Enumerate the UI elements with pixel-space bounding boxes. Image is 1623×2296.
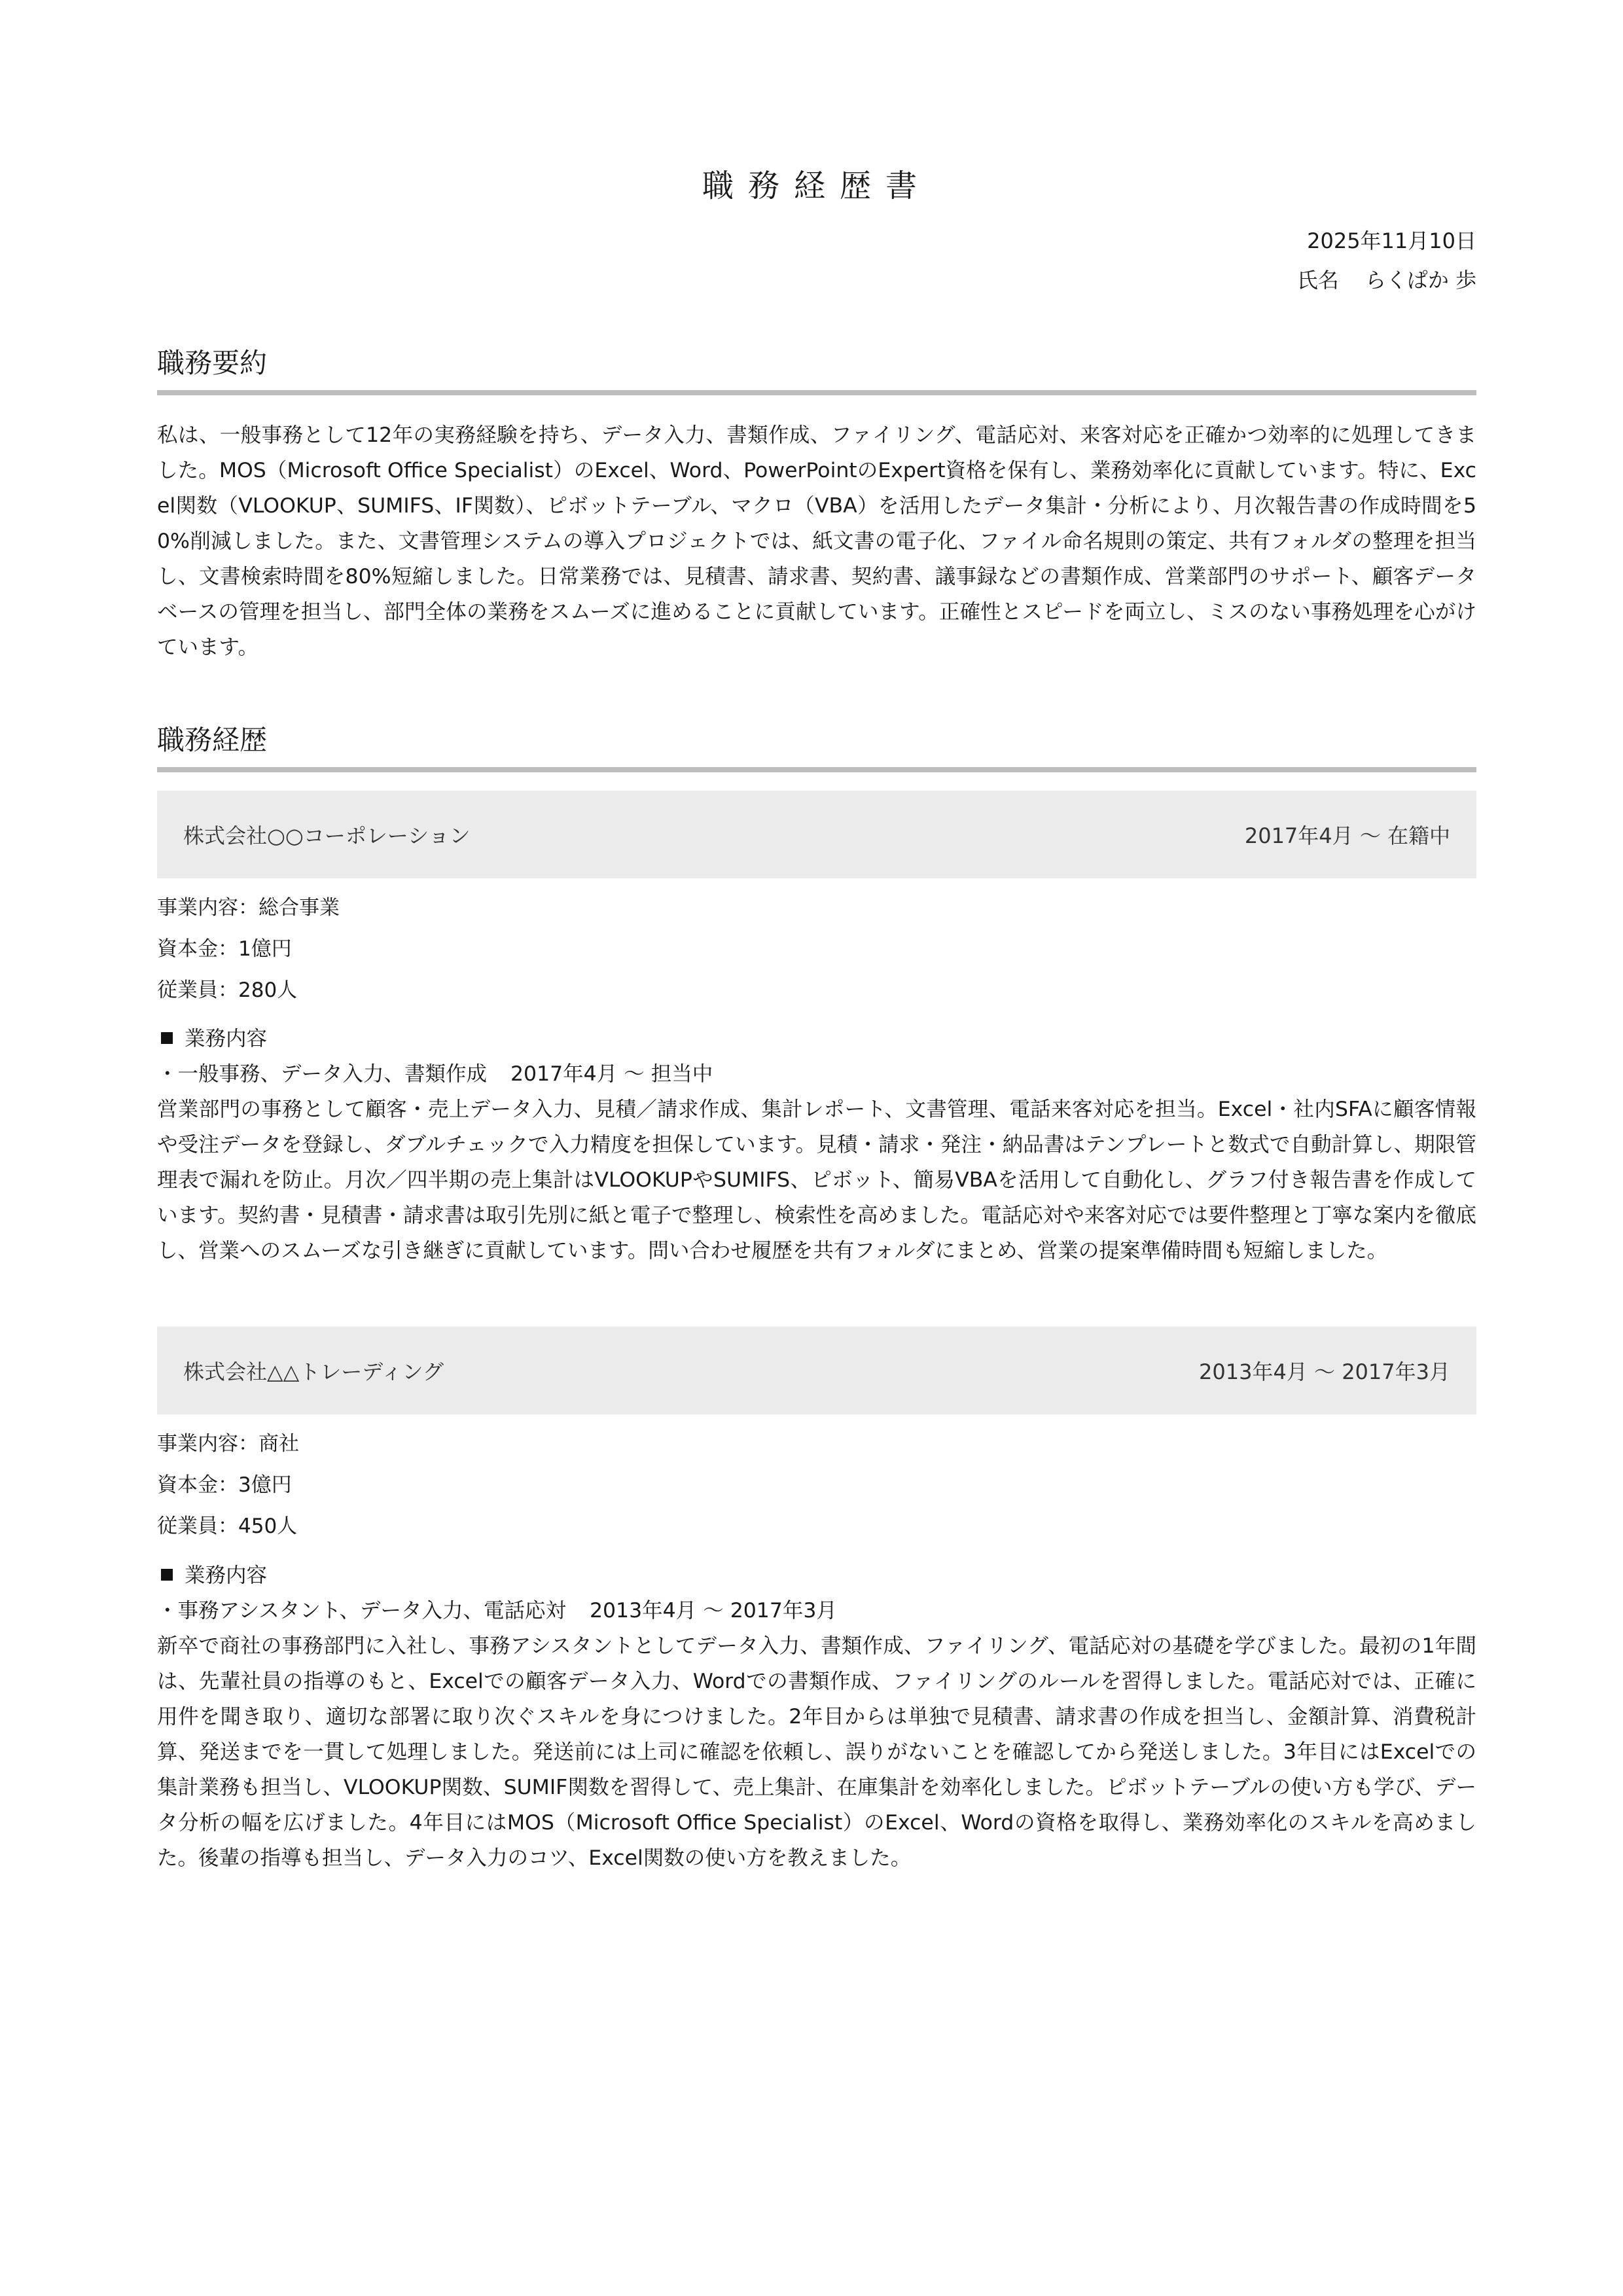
company-header: 株式会社△△トレーディング 2013年4月 〜 2017年3月 [157,1327,1476,1414]
company-capital: 資本金：1億円 [157,929,340,970]
company-business: 事業内容：商社 [157,1424,299,1465]
section-summary-heading: 職務要約 [157,342,1476,395]
company-business: 事業内容：総合事業 [157,888,340,929]
duties-heading-label: 業務内容 [185,1027,267,1050]
company-period: 2013年4月 〜 2017年3月 [1199,1355,1450,1386]
section-divider [157,390,1476,395]
black-square-icon [161,1032,173,1044]
section-history-heading: 職務経歴 [157,719,1476,772]
duties-block: 業務内容 ・一般事務、データ入力、書類作成2017年4月 〜 担当中 営業部門の… [157,1021,1476,1268]
name-label: 氏名 [1297,260,1339,300]
section-title: 職務経歴 [157,719,1476,767]
role-line: ・一般事務、データ入力、書類作成2017年4月 〜 担当中 [157,1056,1476,1092]
company-name: 株式会社△△トレーディング [183,1355,444,1386]
role-title: ・一般事務、データ入力、書類作成 [157,1062,487,1086]
company-employees: 従業員：450人 [157,1506,299,1547]
role-description: 新卒で商社の事務部門に入社し、事務アシスタントとしてデータ入力、書類作成、ファイ… [157,1628,1476,1876]
section-divider [157,767,1476,772]
role-line: ・事務アシスタント、データ入力、電話応対2013年4月 〜 2017年3月 [157,1593,1476,1628]
duties-heading: 業務内容 [157,1558,1476,1593]
company-facts: 事業内容：総合事業 資本金：1億円 従業員：280人 [157,888,340,1011]
company-capital: 資本金：3億円 [157,1465,299,1506]
role-title: ・事務アシスタント、データ入力、電話応対 [157,1599,566,1623]
duties-heading: 業務内容 [157,1021,1476,1056]
document-date: 2025年11月10日 [1297,221,1476,260]
company-name: 株式会社○○コーポレーション [183,819,471,850]
duties-block: 業務内容 ・事務アシスタント、データ入力、電話応対2013年4月 〜 2017年… [157,1558,1476,1876]
black-square-icon [161,1569,173,1581]
company-period: 2017年4月 〜 在籍中 [1245,819,1450,850]
duties-heading-label: 業務内容 [185,1564,267,1587]
applicant-name: らくぱか 歩 [1365,260,1476,300]
company-header: 株式会社○○コーポレーション 2017年4月 〜 在籍中 [157,791,1476,878]
document-title: 職務経歴書 [157,160,1476,206]
document-meta: 2025年11月10日 氏名らくぱか 歩 [1297,221,1476,300]
summary-paragraph: 私は、一般事務として12年の実務経験を持ち、データ入力、書類作成、ファイリング、… [157,418,1476,665]
company-employees: 従業員：280人 [157,970,340,1011]
role-period: 2017年4月 〜 担当中 [510,1062,713,1086]
role-description: 営業部門の事務として顧客・売上データ入力、見積／請求作成、集計レポート、文書管理… [157,1092,1476,1268]
section-title: 職務要約 [157,342,1476,390]
role-period: 2013年4月 〜 2017年3月 [590,1599,837,1623]
applicant-name-row: 氏名らくぱか 歩 [1297,260,1476,300]
company-facts: 事業内容：商社 資本金：3億円 従業員：450人 [157,1424,299,1547]
